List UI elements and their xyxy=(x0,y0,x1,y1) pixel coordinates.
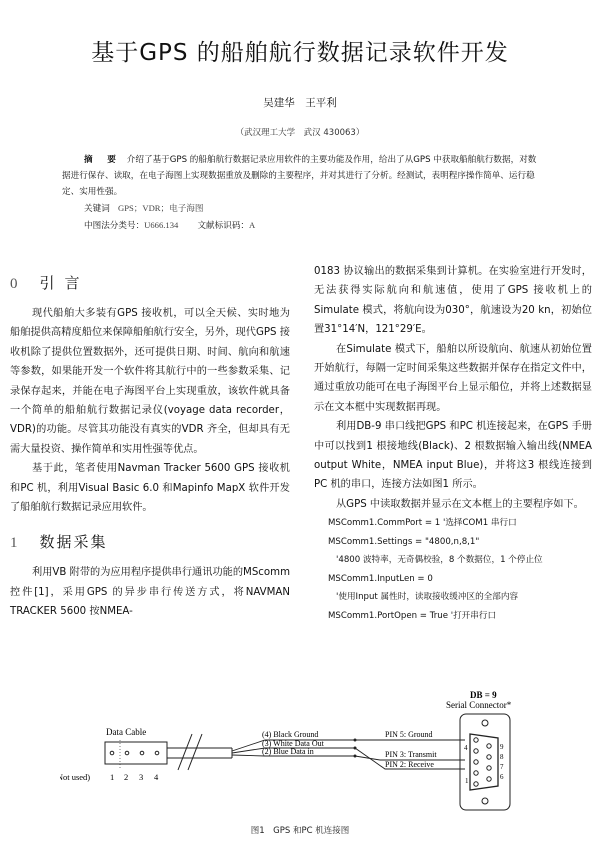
wire-label: (4) Black Ground xyxy=(262,730,318,739)
abstract-block: 摘 要介绍了基于GPS 的船舶航行数据记录应用软件的主要功能及作用，给出了从GP… xyxy=(62,152,542,234)
figure-1-connection-diagram: Data Cable (Not used) 1 2 3 4 (4) Black … xyxy=(60,690,550,815)
figure-caption: 图1 GPS 和PC 机连接图 xyxy=(0,824,600,836)
abstract-paragraph: 摘 要介绍了基于GPS 的船舶航行数据记录应用软件的主要功能及作用，给出了从GP… xyxy=(62,152,542,200)
clc-value: U666.134 xyxy=(144,220,178,230)
connector-number: 9 xyxy=(500,743,504,751)
doc-code-label: 文献标识码： xyxy=(197,221,249,231)
cable-pin-4 xyxy=(155,751,159,755)
code-comment-line: '4800 波特率，无奇偶校验，8 个数据位，1 个停止位 xyxy=(328,551,592,570)
connector-number: 8 xyxy=(500,753,504,761)
abstract-text: 介绍了基于GPS 的船舶航行数据记录应用软件的主要功能及作用，给出了从GPS 中… xyxy=(62,155,536,197)
code-listing: MSComm1.CommPort = 1 '选择COM1 串行口 MSComm1… xyxy=(314,514,592,625)
cable-pin-1 xyxy=(110,751,114,755)
wiring-diagram-svg: Data Cable (Not used) 1 2 3 4 (4) Black … xyxy=(60,690,550,815)
left-column: 0引言 现代船舶大多装有GPS 接收机，可以全天候、实时地为船舶提供高精度船位来… xyxy=(10,270,290,622)
cable-pin-number: 2 xyxy=(124,772,128,782)
cable-pin-2 xyxy=(125,751,129,755)
intro-paragraph-2: 基于此，笔者使用Navman Tracker 5600 GPS 接收机和PC 机… xyxy=(10,459,290,517)
section-1-wrapper: 1数据采集 利用VB 附带的为应用程序提供串行通讯功能的MScomm 控件[1]… xyxy=(10,529,290,621)
connector-number: 6 xyxy=(500,773,504,781)
paper-title: 基于GPS 的船舶航行数据记录软件开发 xyxy=(0,34,600,67)
wire-label: (2) Blue Data in xyxy=(262,747,314,756)
connector-number: 7 xyxy=(500,763,504,771)
section-title: 数据采集 xyxy=(40,533,108,551)
code-comment-line: '使用Input 属性时，读取接收缓冲区的全部内容 xyxy=(328,588,592,607)
keywords-value: GPS；VDR；电子海图 xyxy=(118,203,203,213)
section-number: 1 xyxy=(10,535,18,551)
section-title: 引言 xyxy=(40,274,90,292)
data-collection-paragraph-1-start: 利用VB 附带的为应用程序提供串行通讯功能的MScomm 控件[1]，采用GPS… xyxy=(10,563,290,621)
connector-number: 1 xyxy=(465,777,469,785)
db9-connector-shell xyxy=(460,714,510,810)
cable-pin-number: 4 xyxy=(154,772,159,782)
data-collection-paragraph-1-end: 0183 协议输出的数据采集到计算机。在实验室进行开发时，无法获得实际航向和航速… xyxy=(314,262,592,340)
pin-label: PIN 2: Receive xyxy=(385,760,434,769)
code-line: MSComm1.Settings = "4800,n,8,1" xyxy=(328,533,592,552)
doc-code-value: A xyxy=(249,220,255,230)
data-collection-paragraph-3: 利用DB-9 串口线把GPS 和PC 机连接起来，在GPS 手册中可以找到1 根… xyxy=(314,417,592,495)
section-heading-intro: 0引言 xyxy=(10,270,290,296)
cable-pin-number: 3 xyxy=(139,772,143,782)
keywords-line: 关键词 GPS；VDR；电子海图 xyxy=(62,200,542,217)
cable-pin-3 xyxy=(140,751,144,755)
connector-subtitle: Serial Connector* xyxy=(446,700,512,710)
section-heading-data-collection: 1数据采集 xyxy=(10,529,290,555)
data-cable-label: Data Cable xyxy=(106,727,146,737)
data-collection-paragraph-2: 在Simulate 模式下，船舶以所设航向、航速从初始位置开始航行，每隔一定时间… xyxy=(314,340,592,418)
affiliation: （武汉理工大学 武汉 430063） xyxy=(0,126,600,138)
connector-title: DB = 9 xyxy=(470,690,497,700)
classification-line: 中图法分类号：U666.134 文献标识码：A xyxy=(62,217,542,234)
not-used-label: (Not used) xyxy=(60,772,90,782)
keywords-label: 关键词 xyxy=(84,204,110,214)
pin-label: PIN 5: Ground xyxy=(385,730,433,739)
clc-label: 中图法分类号： xyxy=(84,221,144,231)
code-line: MSComm1.InputLen = 0 xyxy=(328,570,592,589)
code-line: MSComm1.CommPort = 1 '选择COM1 串行口 xyxy=(328,514,592,533)
intro-paragraph-1: 现代船舶大多装有GPS 接收机，可以全天候、实时地为船舶提供高精度船位来保障船舶… xyxy=(10,304,290,459)
data-collection-paragraph-4: 从GPS 中读取数据并显示在文本框上的主要程序如下。 xyxy=(314,495,592,514)
code-line: MSComm1.PortOpen = True '打开串行口 xyxy=(328,607,592,626)
right-column: 0183 协议输出的数据采集到计算机。在实验室进行开发时，无法获得实际航向和航速… xyxy=(314,262,592,625)
section-number: 0 xyxy=(10,276,18,292)
authors: 吴建华 王平利 xyxy=(0,95,600,110)
abstract-label: 摘 要 xyxy=(84,155,119,165)
cable-pin-number: 1 xyxy=(110,772,114,782)
pin-label: PIN 3: Transmit xyxy=(385,750,437,759)
connector-number: 4 xyxy=(464,744,468,752)
data-cable-plug xyxy=(105,742,167,764)
